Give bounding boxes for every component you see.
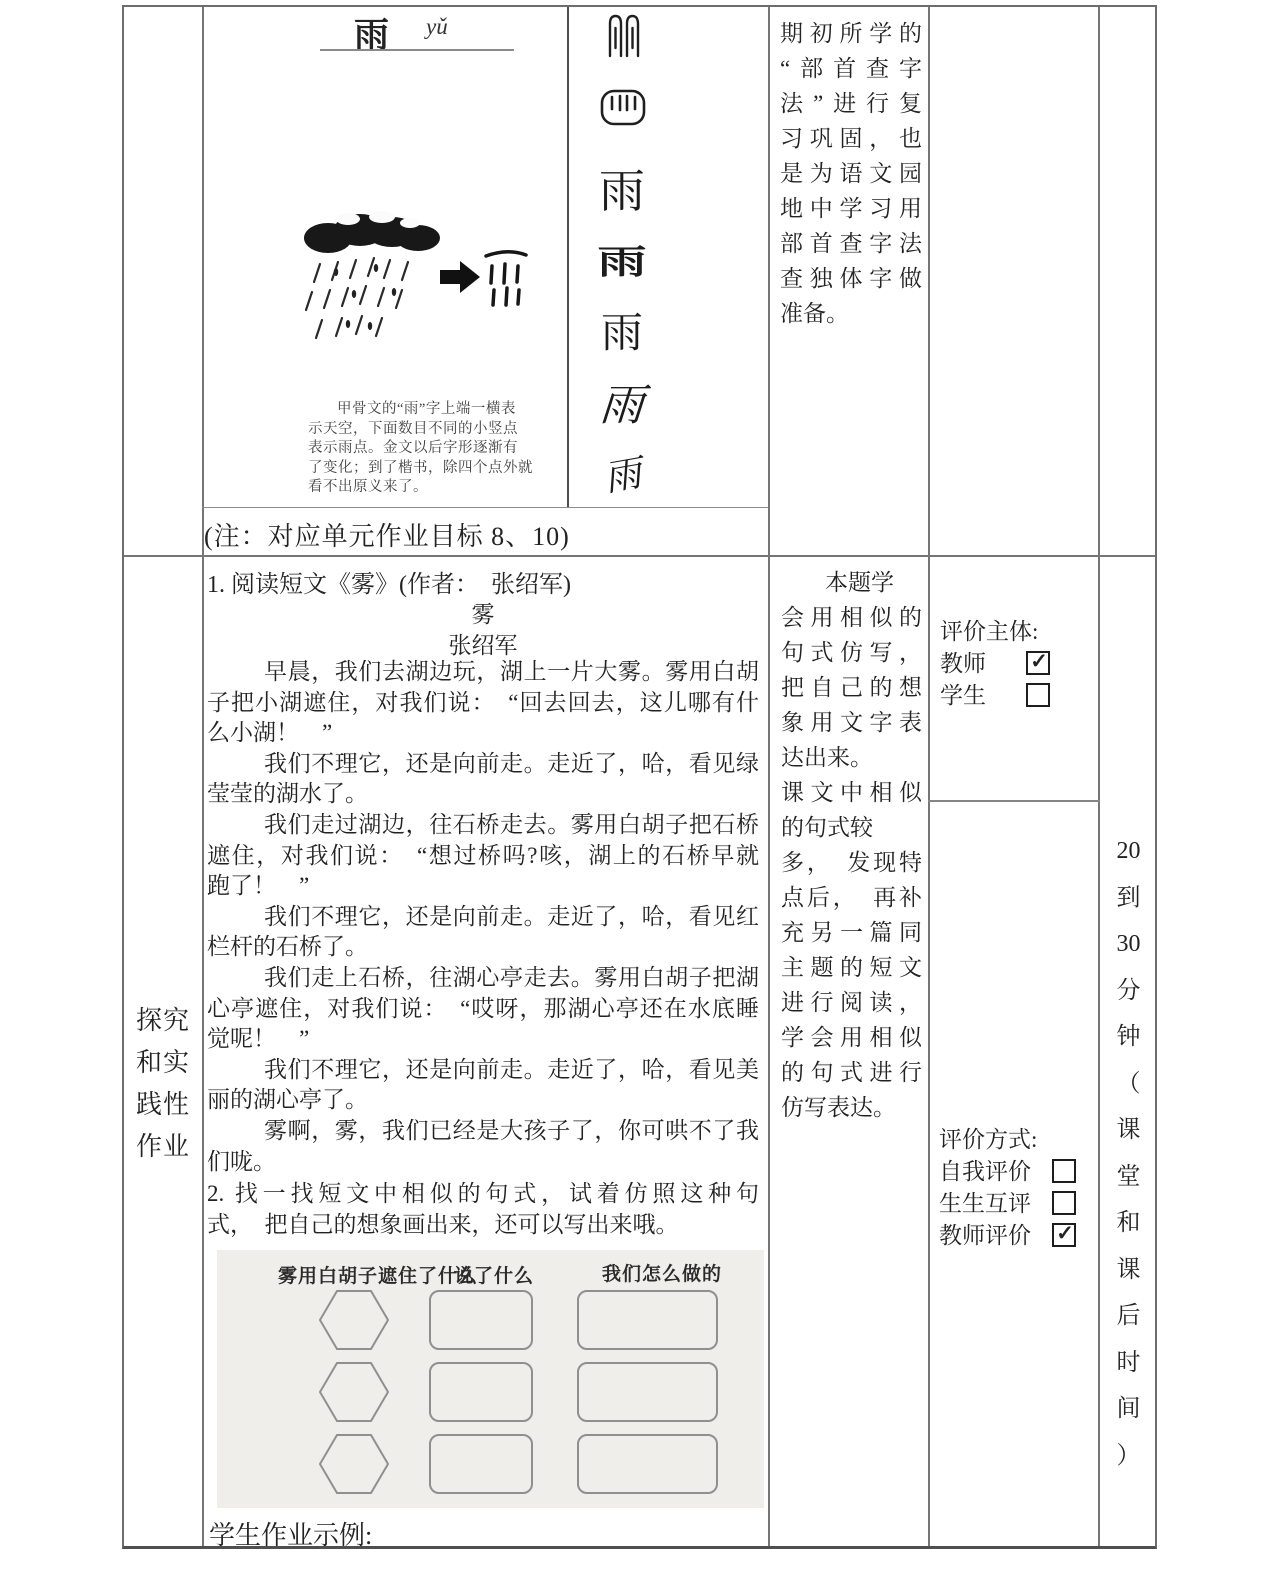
essay-line: 觉呢！ ” xyxy=(207,1024,759,1055)
time-char: （ xyxy=(1098,1061,1159,1108)
document-page: 雨 yǔ xyxy=(0,0,1279,1571)
evaluation-method-row: 自我评价 ✓ xyxy=(939,1155,1097,1187)
answer-box-did xyxy=(577,1290,718,1350)
right-arrow-icon xyxy=(440,261,480,293)
evolution-glyph: 雨 xyxy=(567,152,677,223)
essay-line: 心亭遮住，对我们说： “哎呀，那湖心亭还在水底睡 xyxy=(207,994,759,1025)
organizer-header-2: 说了什么 xyxy=(454,1261,534,1288)
time-char: 后 xyxy=(1098,1293,1159,1340)
answer-box-said xyxy=(429,1434,533,1494)
picture-bottom-border xyxy=(202,507,768,508)
caption-line: 了变化；到了楷书，除四个点外就 xyxy=(308,459,552,479)
essay-line: 我们走上石桥，往湖心亭走去。雾用白胡子把湖 xyxy=(207,963,759,994)
essay-title: 雾 xyxy=(207,596,759,629)
organizer-row xyxy=(217,1434,764,1506)
essay-line: 遮住，对我们说： “想过桥吗?咳，湖上的石桥早就 xyxy=(207,841,759,872)
essay-line: 雾啊，雾，我们已经是大孩子了，你可哄不了我 xyxy=(207,1116,759,1147)
caption-line: 表示雨点。金文以后字形逐渐有 xyxy=(308,439,552,459)
essay-line: 栏杆的石桥了。 xyxy=(207,932,759,963)
checkbox: ✓ xyxy=(1026,683,1050,707)
task1-heading: 1. 阅读短文《雾》(作者： 张绍军) xyxy=(207,564,571,599)
answer-box-said xyxy=(429,1362,533,1422)
essay-line: 莹莹的湖水了。 xyxy=(207,779,759,810)
hexagon-shape xyxy=(319,1434,389,1494)
time-char: 30 xyxy=(1098,921,1159,968)
time-char: 时 xyxy=(1098,1340,1159,1387)
evaluation-cell-divider xyxy=(928,800,1100,802)
checkbox: ✓ xyxy=(1052,1159,1076,1183)
evaluation-subject-title: 评价主体: xyxy=(940,616,1092,647)
evolution-glyph: 雨 xyxy=(567,294,677,365)
essay-line: 我们不理它，还是向前走。走近了，哈，看见红 xyxy=(207,902,759,933)
task2-instruction: 2. 找一找短文中相似的句式，试着仿照这种句式， 把自己的想象画出来，还可以写出… xyxy=(207,1178,759,1240)
answer-box-did xyxy=(577,1362,718,1422)
note-text-line: 仿写表达。 xyxy=(781,1090,922,1125)
essay-line: 丽的湖心亭了。 xyxy=(207,1085,759,1116)
student-sample-label: 学生作业示例: xyxy=(209,1515,372,1552)
task2-line: 式， 把自己的想象画出来，还可以写出来哦。 xyxy=(207,1209,759,1240)
category-label-exploratory-practice: 探究和实践性作业 xyxy=(124,1000,202,1168)
evolution-glyph: 雨 xyxy=(565,365,680,436)
note-text-line: 法”进行复 xyxy=(780,86,922,121)
category-line: 作业 xyxy=(124,1126,202,1168)
evolution-glyph: 雨 xyxy=(562,427,683,516)
note-text-line: 句式仿写， xyxy=(781,635,922,670)
evaluation-subject-row: 教师 ✓ xyxy=(940,647,1092,679)
note-text-line: 习巩固，也 xyxy=(780,121,922,156)
hexagon-shape xyxy=(319,1290,389,1350)
note-text-line: 查独体字做 xyxy=(780,261,922,296)
design-intent-notes-row1: 期初所学的“部首查字法”进行复习巩固，也是为语文园地中学习用部首查字法查独体字做… xyxy=(780,16,922,331)
essay-line: 我们不理它，还是向前走。走近了，哈，看见美 xyxy=(207,1055,759,1086)
note-text-line: 把自己的想 xyxy=(781,670,922,705)
organizer-row xyxy=(217,1362,764,1434)
column-divider-2 xyxy=(768,7,770,1546)
caption-line: 看不出原义来了。 xyxy=(308,478,552,498)
organizer-row xyxy=(217,1290,764,1362)
answer-box-said xyxy=(429,1290,533,1350)
essay-line: 早晨，我们去湖边玩，湖上一片大雾。雾用白胡 xyxy=(207,657,759,688)
answer-box-did xyxy=(577,1434,718,1494)
rain-strokes xyxy=(306,258,408,338)
note-text-line: 会用相似的 xyxy=(781,600,922,635)
graphic-organizer: 雾用白胡子遮住了什么 说了什么 我们怎么做的 xyxy=(217,1250,764,1508)
essay-line: 我们不理它，还是向前走。走近了，哈，看见绿 xyxy=(207,749,759,780)
row-divider xyxy=(124,555,1155,557)
time-char: 堂 xyxy=(1098,1154,1159,1201)
note-text-line: 的句式较 xyxy=(781,810,922,845)
note-text-line: 本题学 xyxy=(781,565,922,600)
caption-line: 甲骨文的“雨”字上端一横表 xyxy=(308,400,552,420)
checkmark-icon: ✓ xyxy=(1030,651,1048,672)
checkbox: ✓ xyxy=(1052,1223,1076,1247)
note-text-line: 准备。 xyxy=(780,296,922,331)
time-char: 课 xyxy=(1098,1107,1159,1154)
time-char: 和 xyxy=(1098,1200,1159,1247)
evaluation-subject-row: 学生 ✓ xyxy=(940,679,1092,711)
note-text-line: 达出来。 xyxy=(781,740,922,775)
task2-line: 2. 找一找短文中相似的句式，试着仿照这种句 xyxy=(207,1178,759,1209)
category-line: 践性 xyxy=(124,1084,202,1126)
essay-author: 张绍军 xyxy=(207,627,759,660)
evaluation-method-row: 生生互评 ✓ xyxy=(939,1187,1097,1219)
note-text-line: 期初所学的 xyxy=(780,16,922,51)
note-text-line: 是为语文园 xyxy=(780,156,922,191)
homework-design-table: 雨 yǔ xyxy=(122,5,1157,1549)
bronze-form-icon xyxy=(599,87,647,127)
evaluation-subject-label: 学生 xyxy=(940,680,1026,711)
column-divider-1 xyxy=(202,7,204,1546)
checkbox: ✓ xyxy=(1052,1191,1076,1215)
category-line: 和实 xyxy=(124,1042,202,1084)
evaluation-method-row: 教师评价 ✓ xyxy=(939,1219,1097,1251)
title-underline xyxy=(320,49,514,51)
organizer-header-1: 雾用白胡子遮住了什么 xyxy=(278,1261,478,1288)
note-text-line: 象用文字表 xyxy=(781,705,922,740)
caption-line: 示天空，下面数目不同的小竖点 xyxy=(308,420,552,440)
note-text-line: 的句式进行 xyxy=(781,1055,922,1090)
time-char: 分 xyxy=(1098,968,1159,1015)
character-evolution-column: 雨雨雨雨雨 xyxy=(567,152,677,507)
pinyin-label: yǔ xyxy=(426,14,448,40)
hexagon-shape xyxy=(319,1362,389,1422)
time-char: 间 xyxy=(1098,1386,1159,1433)
essay-line: 么小湖！ ” xyxy=(207,718,759,749)
rain-cloud-illustration xyxy=(290,198,530,348)
time-required-column: 20到30分钟（课堂和课后时间） xyxy=(1098,828,1159,1479)
note-text-line: 点后， 再补 xyxy=(781,880,922,915)
checkbox: ✓ xyxy=(1026,651,1050,675)
note-text-line: 多， 发现特 xyxy=(781,845,922,880)
oracle-bone-form-icon xyxy=(607,12,641,58)
essay-line: 们咙。 xyxy=(207,1147,759,1178)
time-char: 钟 xyxy=(1098,1014,1159,1061)
note-text-line: 地中学习用 xyxy=(780,191,922,226)
evaluation-subject-cell: 评价主体: 教师 ✓ 学生 ✓ xyxy=(940,616,1092,711)
oracle-rain-glyph xyxy=(486,252,526,305)
note-text-line: “部首查字 xyxy=(780,51,922,86)
note-text-line: 进行阅读， xyxy=(781,985,922,1020)
note-text-line: 充另一篇同 xyxy=(781,915,922,950)
evaluation-method-title: 评价方式: xyxy=(939,1124,1097,1155)
evaluation-subject-label: 教师 xyxy=(940,648,1026,679)
category-line: 探究 xyxy=(124,1000,202,1042)
time-char: 课 xyxy=(1098,1247,1159,1294)
note-text-line: 部首查字法 xyxy=(780,226,922,261)
essay-line: 子把小湖遮住，对我们说： “回去回去，这儿哪有什 xyxy=(207,688,759,719)
time-char: 到 xyxy=(1098,875,1159,922)
evaluation-method-cell: 评价方式: 自我评价 ✓ 生生互评 ✓ 教师评价 ✓ xyxy=(939,1124,1097,1251)
note-text-line: 课文中相似 xyxy=(781,775,922,810)
design-intent-notes-row2: 本题学会用相似的句式仿写，把自己的想象用文字表达出来。课文中相似的句式较多， 发… xyxy=(781,565,922,1125)
note-text-line: 主题的短文 xyxy=(781,950,922,985)
unit-goal-note: (注：对应单元作业目标 8、10) xyxy=(204,516,570,553)
essay-line: 跑了！ ” xyxy=(207,871,759,902)
essay-body: 早晨，我们去湖边玩，湖上一片大雾。雾用白胡子把小湖遮住，对我们说： “回去回去，… xyxy=(207,657,759,1177)
checkmark-icon: ✓ xyxy=(1056,1223,1074,1244)
character-origin-caption: 甲骨文的“雨”字上端一横表示天空，下面数目不同的小竖点表示雨点。金文以后字形逐渐… xyxy=(308,400,552,498)
column-divider-3 xyxy=(928,7,930,1546)
organizer-header-3: 我们怎么做的 xyxy=(602,1259,722,1286)
note-text-line: 学会用相似 xyxy=(781,1020,922,1055)
evaluation-method-label: 生生互评 xyxy=(939,1188,1052,1219)
essay-line: 我们走过湖边，往石桥走去。雾用白胡子把石桥 xyxy=(207,810,759,841)
time-char: ） xyxy=(1098,1433,1159,1480)
evaluation-method-label: 自我评价 xyxy=(939,1156,1052,1187)
evaluation-method-label: 教师评价 xyxy=(939,1220,1052,1251)
time-char: 20 xyxy=(1098,828,1159,875)
evolution-glyph: 雨 xyxy=(560,231,683,286)
